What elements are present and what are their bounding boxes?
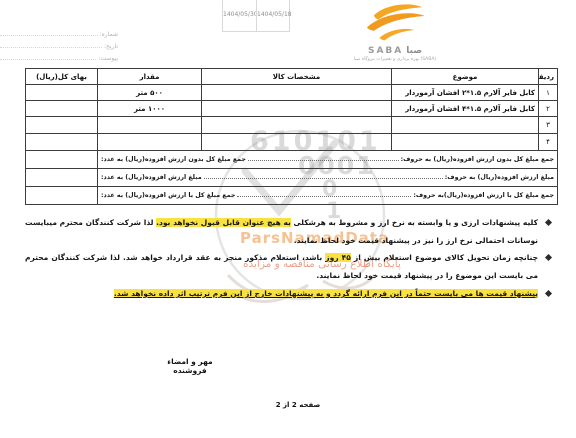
logo-tagline: بهره برداری و تعمیرات نیروگاه صبا (SABA) xyxy=(336,57,454,62)
note-text: کلیه پیشنهادات ارزی و یا وابسته به نرخ ا… xyxy=(291,218,538,227)
quantity-cell: ۵۰۰ متر xyxy=(98,85,202,101)
inquiry-form-page: 610101 0001 0 1 ParsNamadData پایگاه اطل… xyxy=(0,0,576,438)
col-header-quantity: مقدار xyxy=(98,69,202,85)
note-text: چنانچه زمان تحویل کالای موضوع استعلام بی… xyxy=(351,253,538,262)
table-header-row: ردیف موضوع مشخصات کالا مقدار بهای کل(ریا… xyxy=(26,69,558,85)
total-price-cell xyxy=(26,101,98,117)
terms-notes: کلیه پیشنهادات ارزی و یا وابسته به نرخ ا… xyxy=(25,214,552,303)
summary-labels-cell: جمع مبلغ کل با ارزش افزوده(ریال)به حروف:… xyxy=(98,187,558,205)
diamond-bullet-icon xyxy=(545,254,552,261)
col-header-subject: موضوع xyxy=(392,69,539,85)
col-header-row-number: ردیف xyxy=(539,69,558,85)
table-row: ۱ کابل فایر آلارم ‎۲*۱.۵‎ افشان آرموردار… xyxy=(26,85,558,101)
summary-words-label: مبلغ ارزش افزوده(ریال) به حروف: xyxy=(445,174,554,181)
total-price-cell xyxy=(26,134,98,151)
summary-digits-label: مبلغ ارزش افزوده(ریال) به عدد: xyxy=(101,174,202,181)
row-number-cell: ۴ xyxy=(539,134,558,151)
diamond-bullet-icon xyxy=(545,219,552,226)
dotted-leader xyxy=(204,178,443,179)
table-row: ۲ کابل فایر آلارم ‎۴*۱.۵‎ افشان آرموردار… xyxy=(26,101,558,117)
inquiry-items-table: ردیف موضوع مشخصات کالا مقدار بهای کل(ریا… xyxy=(25,68,558,205)
note-highlighted-text: پیشنهاد قیمت ها می بایست حتماً در این فر… xyxy=(114,289,538,298)
summary-digits-label: جمع مبلغ کل بدون ارزش افزوده(ریال) به عد… xyxy=(101,156,246,163)
summary-row-total-with-vat: جمع مبلغ کل با ارزش افزوده(ریال)به حروف:… xyxy=(26,187,558,205)
dotted-leader xyxy=(248,160,399,161)
row-number-cell: ۳ xyxy=(539,117,558,134)
date-boxes: 1404/05/30 1404/05/18 xyxy=(222,0,290,32)
dotted-leader xyxy=(237,196,411,197)
letterhead-field-attachment: پیوست: xyxy=(0,50,118,62)
summary-labels-cell: جمع مبلغ کل بدون ارزش افزوده(ریال) به حر… xyxy=(98,151,558,169)
quantity-cell: ۱۰۰۰ متر xyxy=(98,101,202,117)
saba-logo: SABA صبا بهره برداری و تعمیرات نیروگاه ص… xyxy=(336,2,454,62)
specs-cell xyxy=(202,117,392,134)
seller-signature-label: مهر و امضاء فروشنده xyxy=(150,357,230,375)
summary-row-total-without-vat: جمع مبلغ کل بدون ارزش افزوده(ریال) به حر… xyxy=(26,151,558,169)
col-header-total-price: بهای کل(ریال) xyxy=(26,69,98,85)
specs-cell xyxy=(202,134,392,151)
summary-digits-label: جمع مبلغ کل با ارزش افزوده(ریال) به عدد: xyxy=(101,192,235,199)
saba-swoosh-icon xyxy=(355,2,435,44)
total-price-cell xyxy=(26,85,98,101)
col-header-specs: مشخصات کالا xyxy=(202,69,392,85)
subject-cell: کابل فایر آلارم ‎۴*۱.۵‎ افشان آرموردار xyxy=(392,101,539,117)
dotted-leader xyxy=(0,47,102,48)
note-delivery-time: چنانچه زمان تحویل کالای موضوع استعلام بی… xyxy=(25,249,552,284)
table-row: ۳ xyxy=(26,117,558,134)
letterhead-field-number: شماره: xyxy=(0,26,118,38)
date-label: تاریخ: xyxy=(102,43,118,50)
subject-cell: کابل فایر آلارم ‎۲*۱.۵‎ افشان آرموردار xyxy=(392,85,539,101)
summary-row-vat: مبلغ ارزش افزوده(ریال) به حروف: مبلغ ارز… xyxy=(26,169,558,187)
table-row: ۴ xyxy=(26,134,558,151)
note-currency-terms: کلیه پیشنهادات ارزی و یا وابسته به نرخ ا… xyxy=(25,214,552,249)
row-number-cell: ۱ xyxy=(539,85,558,101)
note-highlighted-text: به هیچ عنوان قابل قبول نخواهد بود. xyxy=(156,218,291,227)
note-form-requirement: پیشنهاد قیمت ها می بایست حتماً در این فر… xyxy=(25,285,552,303)
page-number: صفحه 2 از 2 xyxy=(248,401,348,409)
quantity-cell xyxy=(98,117,202,134)
deadline-date: 1404/05/30 xyxy=(222,0,256,32)
summary-words-label: جمع مبلغ کل با ارزش افزوده(ریال)به حروف: xyxy=(413,192,554,199)
issue-date: 1404/05/18 xyxy=(256,0,290,32)
specs-cell xyxy=(202,85,392,101)
row-number-cell: ۲ xyxy=(539,101,558,117)
letterhead-fields: شماره: تاریخ: پیوست: xyxy=(0,26,118,62)
dotted-leader xyxy=(0,35,98,36)
summary-value-cell xyxy=(26,187,98,205)
diamond-bullet-icon xyxy=(545,290,552,297)
summary-value-cell xyxy=(26,169,98,187)
subject-cell xyxy=(392,134,539,151)
total-price-cell xyxy=(26,117,98,134)
summary-labels-cell: مبلغ ارزش افزوده(ریال) به حروف: مبلغ ارز… xyxy=(98,169,558,187)
note-highlighted-text: ۴۵ روز xyxy=(325,253,351,262)
logo-latin-text: SABA xyxy=(368,46,403,56)
attachment-label: پیوست: xyxy=(96,55,118,62)
quantity-cell xyxy=(98,134,202,151)
specs-cell xyxy=(202,101,392,117)
summary-words-label: جمع مبلغ کل بدون ارزش افزوده(ریال) به حر… xyxy=(401,156,554,163)
logo-persian-text: صبا xyxy=(406,46,422,56)
number-label: شماره: xyxy=(98,31,118,38)
summary-value-cell xyxy=(26,151,98,169)
subject-cell xyxy=(392,117,539,134)
letterhead-field-date: تاریخ: xyxy=(0,38,118,50)
dotted-leader xyxy=(0,59,96,60)
